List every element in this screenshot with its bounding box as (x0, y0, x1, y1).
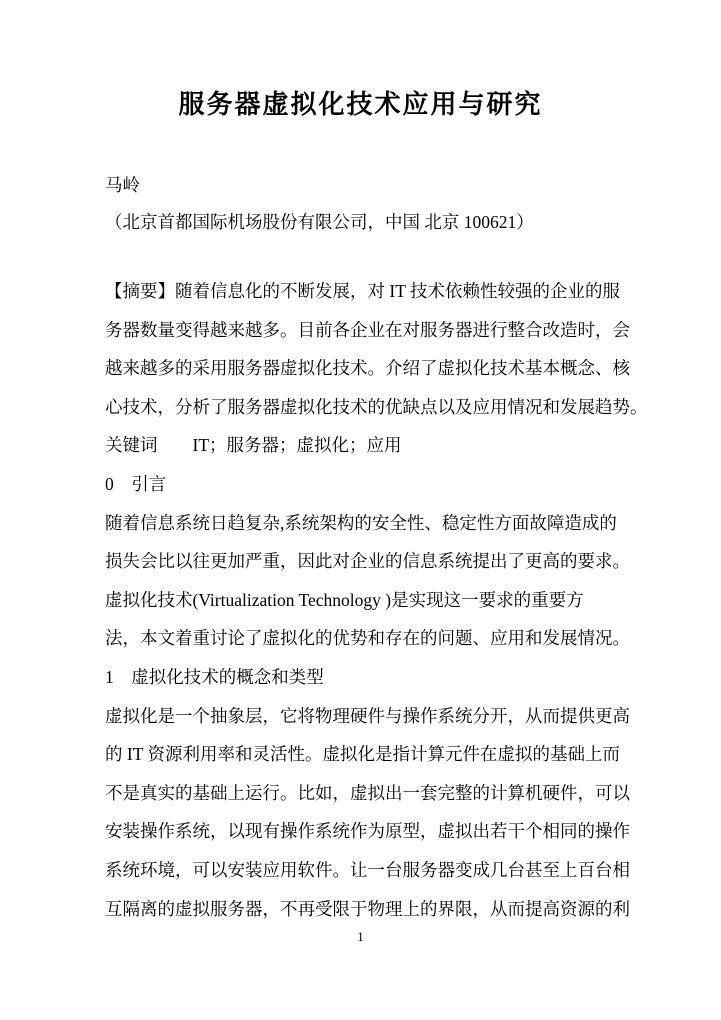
body-line: 1 虚拟化技术的概念和类型 (105, 658, 629, 697)
author-name: 马岭 (105, 166, 140, 205)
body-line: 虚拟化是一个抽象层，它将物理硬件与操作系统分开，从而提供更高 (105, 697, 629, 736)
body-line: 互隔离的虚拟服务器，不再受限于物理上的界限，从而提高资源的利 (105, 890, 629, 929)
paper-title: 服务器虚拟化技术应用与研究 (0, 84, 721, 121)
body-line: 系统环境，可以安装应用软件。让一台服务器变成几台甚至上百台相 (105, 851, 629, 890)
body-line: 越来越多的采用服务器虚拟化技术。介绍了虚拟化技术基本概念、核 (105, 349, 629, 388)
body-line: 虚拟化技术(Virtualization Technology )是实现这一要求… (105, 581, 629, 620)
body-line: 关键词 IT；服务器；虚拟化；应用 (105, 426, 629, 465)
body-line: 安装操作系统，以现有操作系统作为原型，虚拟出若干个相同的操作 (105, 812, 629, 851)
body-line: 0 引言 (105, 465, 629, 504)
document-body: 【摘要】随着信息化的不断发展，对 IT 技术依赖性较强的企业的服务器数量变得越来… (105, 272, 629, 928)
body-line: 【摘要】随着信息化的不断发展，对 IT 技术依赖性较强的企业的服 (105, 272, 629, 311)
page-number: 1 (0, 928, 721, 946)
body-line: 不是真实的基础上运行。比如，虚拟出一套完整的计算机硬件，可以 (105, 774, 629, 813)
body-line: 务器数量变得越来越多。目前各企业在对服务器进行整合改造时，会 (105, 311, 629, 350)
document-page: 服务器虚拟化技术应用与研究 马岭 （北京首都国际机场股份有限公司，中国 北京 1… (0, 0, 721, 1020)
body-line: 随着信息系统日趋复杂,系统架构的安全性、稳定性方面故障造成的 (105, 504, 629, 543)
body-line: 法，本文着重讨论了虚拟化的优势和存在的问题、应用和发展情况。 (105, 619, 629, 658)
body-line: 心技术，分析了服务器虚拟化技术的优缺点以及应用情况和发展趋势。 (105, 388, 629, 427)
body-line: 的 IT 资源利用率和灵活性。虚拟化是指计算元件在虚拟的基础上而 (105, 735, 629, 774)
body-line: 损失会比以往更加严重，因此对企业的信息系统提出了更高的要求。 (105, 542, 629, 581)
author-affiliation: （北京首都国际机场股份有限公司，中国 北京 100621） (105, 203, 534, 242)
